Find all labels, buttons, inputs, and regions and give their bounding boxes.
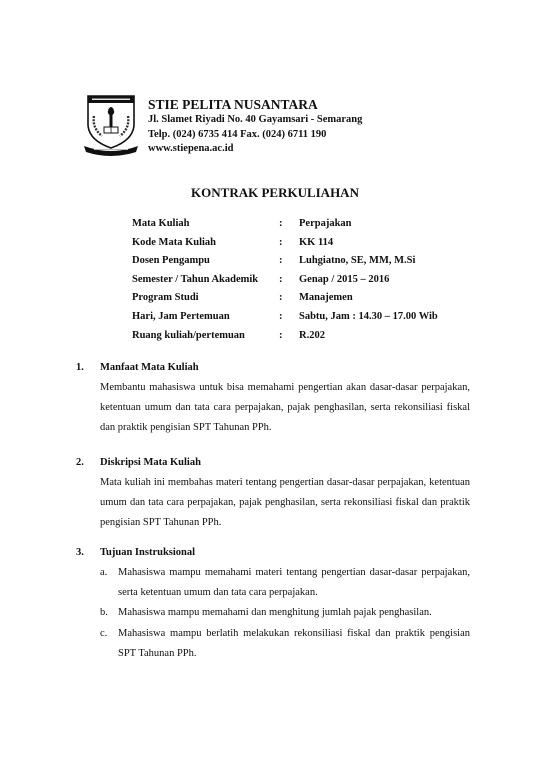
section-body: Mata kuliah ini membahas materi tentang … — [100, 473, 470, 534]
info-value: KK 114 — [299, 237, 333, 256]
info-label: Program Studi — [132, 292, 279, 311]
info-colon: : — [279, 330, 299, 349]
institution-name: STIE PELITA NUSANTARA — [148, 96, 362, 113]
course-info-table: Mata Kuliah : Perpajakan Kode Mata Kulia… — [132, 218, 438, 348]
institution-address: Jl. Slamet Riyadi No. 40 Gayamsari - Sem… — [148, 113, 362, 128]
info-value: Luhgiatno, SE, MM, M.Si — [299, 255, 415, 274]
section-body: Membantu mahasiswa untuk bisa memahami p… — [100, 378, 470, 439]
list-item: b. Mahasiswa mampu memahami dan menghitu… — [100, 603, 470, 623]
info-label: Semester / Tahun Akademik — [132, 274, 279, 293]
list-text: Mahasiswa mampu berlatih melakukan rekon… — [118, 624, 470, 664]
section-heading: 1. Manfaat Mata Kuliah — [76, 358, 470, 378]
info-colon: : — [279, 237, 299, 256]
section-title: Tujuan Instruksional — [100, 543, 195, 563]
list-letter: b. — [100, 603, 118, 623]
section-diskripsi: 2. Diskripsi Mata Kuliah Mata kuliah ini… — [76, 453, 470, 534]
info-label: Dosen Pengampu — [132, 255, 279, 274]
info-label: Kode Mata Kuliah — [132, 237, 279, 256]
info-row: Dosen Pengampu : Luhgiatno, SE, MM, M.Si — [132, 255, 438, 274]
list-item: a. Mahasiswa mampu memahami materi tenta… — [100, 563, 470, 603]
document-page: STIE PELITA NUSANTARA Jl. Slamet Riyadi … — [0, 0, 550, 777]
section-number: 2. — [76, 453, 100, 473]
section-heading: 3. Tujuan Instruksional — [76, 543, 470, 563]
info-colon: : — [279, 274, 299, 293]
section-title: Manfaat Mata Kuliah — [100, 358, 199, 378]
info-row: Mata Kuliah : Perpajakan — [132, 218, 438, 237]
info-value: Sabtu, Jam : 14.30 – 17.00 Wib — [299, 311, 438, 330]
institution-phone: Telp. (024) 6735 414 Fax. (024) 6711 190 — [148, 128, 362, 143]
info-colon: : — [279, 218, 299, 237]
info-row: Program Studi : Manajemen — [132, 292, 438, 311]
info-colon: : — [279, 292, 299, 311]
info-colon: : — [279, 255, 299, 274]
info-row: Hari, Jam Pertemuan : Sabtu, Jam : 14.30… — [132, 311, 438, 330]
section-manfaat: 1. Manfaat Mata Kuliah Membantu mahasisw… — [76, 358, 470, 439]
info-row: Ruang kuliah/pertemuan : R.202 — [132, 330, 438, 349]
document-title: KONTRAK PERKULIAHAN — [0, 185, 550, 201]
institution-website: www.stiepena.ac.id — [148, 142, 362, 157]
info-row: Kode Mata Kuliah : KK 114 — [132, 237, 438, 256]
info-colon: : — [279, 311, 299, 330]
info-value: R.202 — [299, 330, 325, 349]
list-letter: a. — [100, 563, 118, 603]
letterhead-text: STIE PELITA NUSANTARA Jl. Slamet Riyadi … — [148, 96, 362, 157]
list-text: Mahasiswa mampu memahami materi tentang … — [118, 563, 470, 603]
objective-list: a. Mahasiswa mampu memahami materi tenta… — [100, 563, 470, 664]
info-row: Semester / Tahun Akademik : Genap / 2015… — [132, 274, 438, 293]
section-tujuan: 3. Tujuan Instruksional a. Mahasiswa mam… — [76, 543, 470, 664]
section-number: 3. — [76, 543, 100, 563]
section-title: Diskripsi Mata Kuliah — [100, 453, 201, 473]
list-item: c. Mahasiswa mampu berlatih melakukan re… — [100, 624, 470, 664]
list-text: Mahasiswa mampu memahami dan menghitung … — [118, 603, 470, 623]
institution-crest-logo-icon — [82, 90, 140, 156]
info-value: Perpajakan — [299, 218, 352, 237]
info-value: Manajemen — [299, 292, 353, 311]
info-label: Mata Kuliah — [132, 218, 279, 237]
letterhead: STIE PELITA NUSANTARA Jl. Slamet Riyadi … — [82, 90, 482, 156]
info-label: Ruang kuliah/pertemuan — [132, 330, 279, 349]
list-letter: c. — [100, 624, 118, 664]
info-value: Genap / 2015 – 2016 — [299, 274, 389, 293]
info-label: Hari, Jam Pertemuan — [132, 311, 279, 330]
section-number: 1. — [76, 358, 100, 378]
section-heading: 2. Diskripsi Mata Kuliah — [76, 453, 470, 473]
